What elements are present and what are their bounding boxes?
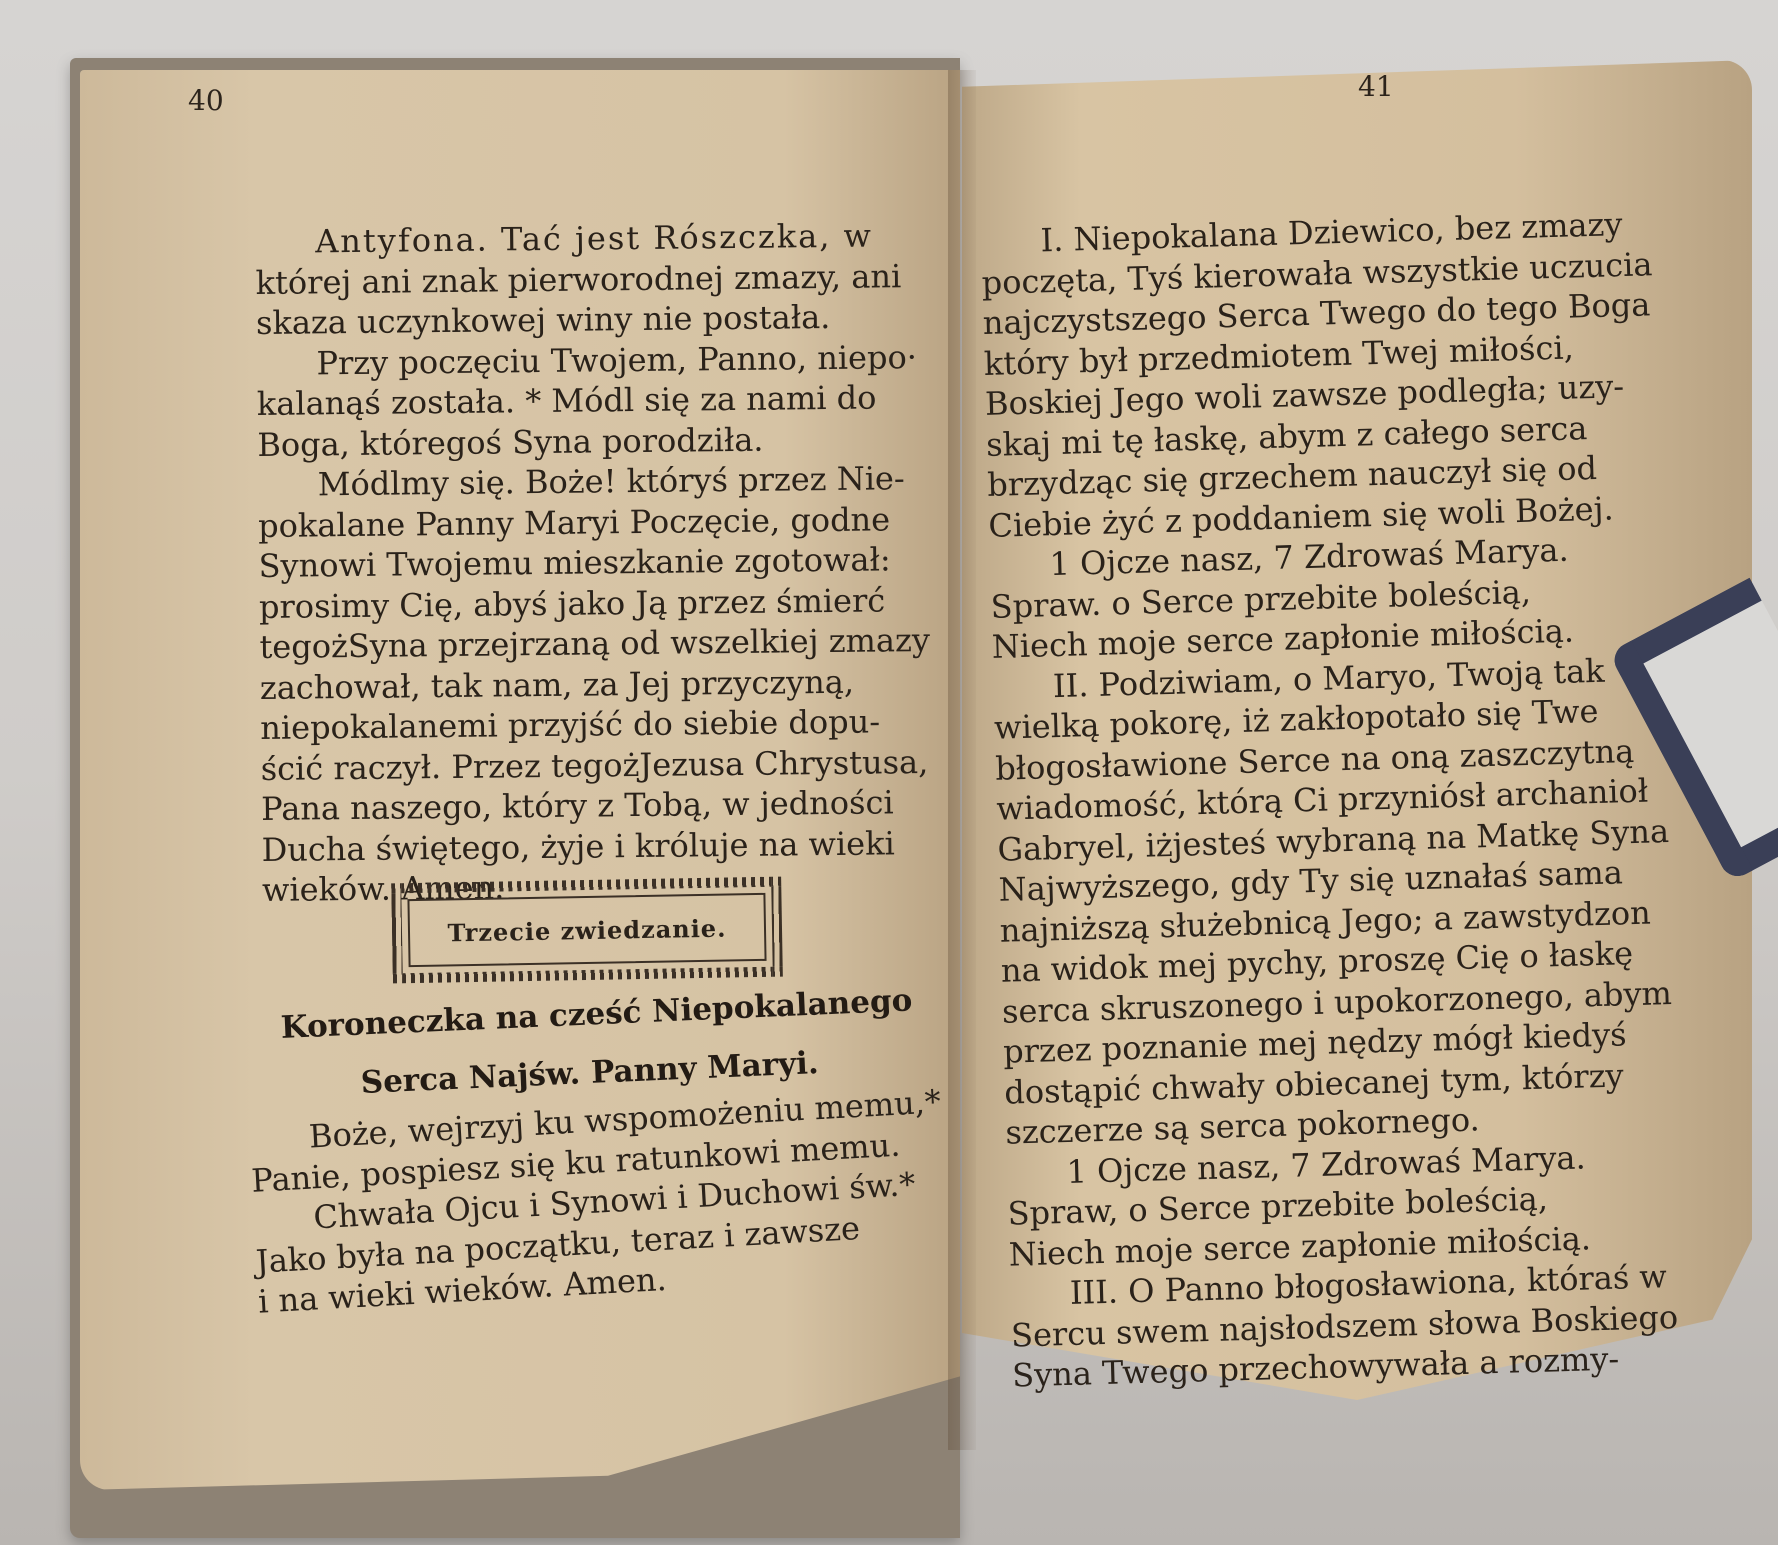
right-page-body: I. Niepokalana Dziewico, bez zmazy poczę… <box>980 203 1684 1396</box>
text-line: kalanąś została. * Módl się za nami do <box>257 377 928 425</box>
page-number-right: 41 <box>1358 70 1394 103</box>
text-line: Boga, któregoś Syna porodziła. <box>257 417 928 465</box>
page-number-left: 40 <box>188 84 224 117</box>
left-page-body: Antyfona. Tać jest Rószczka, w której an… <box>255 215 933 910</box>
text-line: tegożSyna przejrzaną od wszelkiej zmazy <box>259 620 930 668</box>
text-line: ścić raczył. Przez tegożJezusa Chrystusa… <box>261 741 932 789</box>
section-title: Trzecie zwiedzanie. <box>447 913 726 947</box>
ornamental-frame: Trzecie zwiedzanie. <box>391 877 783 984</box>
opening-prayer: Boże, wejrzyj ku wspomożeniu memu,* Pani… <box>248 1081 951 1322</box>
text-line: Antyfona. Tać jest Rószczka, w <box>255 215 926 263</box>
book-gutter <box>948 70 976 1450</box>
text-line: Pana naszego, który z Tobą, w jedności <box>261 782 932 830</box>
text-line: pokalane Panny Maryi Poczęcie, godne <box>258 498 929 546</box>
text-line: prosimy Cię, abyś jako Ją przez śmierć <box>259 579 930 627</box>
text-line: Ducha świętego, żyje i króluje na wieki <box>261 822 932 870</box>
text-line: której ani znak pierworodnej zmazy, ani <box>255 255 926 303</box>
text-line: zachował, tak nam, za Jej przyczyną, <box>260 660 931 708</box>
text-line: Przy poczęciu Twojem, Panno, niepo· <box>256 336 927 384</box>
text-line: Synowi Twojemu mieszkanie zgotował: <box>258 539 929 587</box>
text-line: Módlmy się. Boże! któryś przez Nie- <box>258 458 929 506</box>
text-line: skaza uczynkowej winy nie postała. <box>256 296 927 344</box>
text-line: niepokalanemi przyjść do siebie dopu- <box>260 701 931 749</box>
